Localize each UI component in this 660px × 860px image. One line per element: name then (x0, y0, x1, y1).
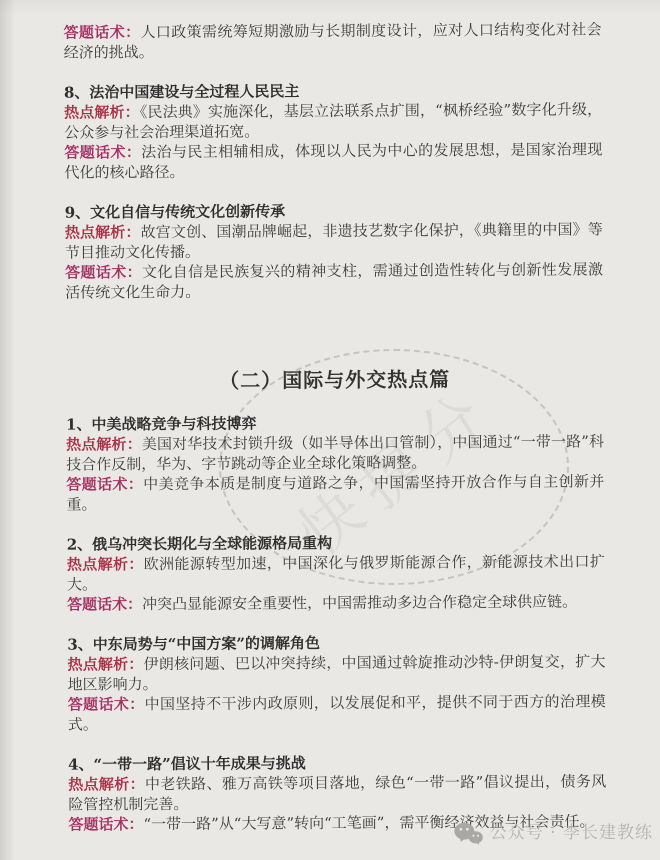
hot-label: 热点解析： (64, 103, 140, 121)
hot-label: 热点解析： (67, 555, 144, 573)
hot-text: 美国对华技术封锁升级（如半导体出口管制），中国通过“一带一路”科技合作反制，华为… (66, 432, 604, 473)
answer-script-line: 答题话术：中国坚持不干涉内政原则，以发展促和平，提供不同于西方的治理模式。 (68, 691, 606, 734)
wechat-watermark: 公众号 · 李长建教练 (454, 821, 653, 845)
answer-text: 文化自信是民族复兴的精神支柱，需通过创造性转化与创新性发展激活传统文化生命力。 (65, 260, 603, 301)
topic-section-9: 9、文化自信与传统文化创新传承 热点解析：故宫文创、国潮品牌崛起，非遗技艺数字化… (65, 199, 604, 302)
answer-text: 中美竞争本质是制度与道路之争，中国需坚持开放合作与自主创新并重。 (66, 472, 604, 513)
hot-analysis-line: 热点解析：伊朗核问题、巴以冲突持续，中国通过斡旋推动沙特-伊朗复交，扩大地区影响… (67, 651, 605, 694)
topic-section-intl-3: 3、中东局势与“中国方案”的调解角色 热点解析：伊朗核问题、巴以冲突持续，中国通… (67, 631, 606, 734)
answer-text: 人口政策需统筹短期激励与长期制度设计，应对人口结构变化对社会经济的挑战。 (64, 20, 602, 61)
hot-analysis-line: 热点解析：《民法典》实施深化，基层立法联系点扩围，“枫桥经验”数字化升级，公众参… (64, 99, 602, 142)
wechat-icon (454, 822, 483, 845)
answer-label: 答题话术： (68, 815, 143, 833)
topic-section-intl-1: 1、中美战略竞争与科技博弈 热点解析：美国对华技术封锁升级（如半导体出口管制），… (66, 411, 605, 514)
answer-text: 冲突凸显能源安全重要性，中国需推动多边合作稳定全球供应链。 (142, 593, 577, 614)
hot-text: 欧洲能源转型加速，中国深化与俄罗斯能源合作，新能源技术出口扩大。 (67, 552, 605, 593)
answer-script-line: 答题话术：中美竞争本质是制度与道路之争，中国需坚持开放合作与自主创新并重。 (66, 471, 604, 514)
answer-label: 答题话术： (64, 143, 141, 161)
intro-answer-line: 答题话术：人口政策需统筹短期激励与长期制度设计，应对人口结构变化对社会经济的挑战… (64, 19, 602, 62)
hot-text: 中老铁路、雅万高铁等项目落地，绿色“一带一路”倡议提出，债务风险管控机制完善。 (68, 772, 606, 813)
hot-text: 伊朗核问题、巴以冲突持续，中国通过斡旋推动沙特-伊朗复交，扩大地区影响力。 (68, 652, 606, 693)
hot-analysis-line: 热点解析：美国对华技术封锁升级（如半导体出口管制），中国通过“一带一路”科技合作… (66, 431, 604, 474)
hot-label: 热点解析： (68, 775, 145, 793)
answer-script-line: 答题话术：文化自信是民族复兴的精神支柱，需通过创造性转化与创新性发展激活传统文化… (65, 259, 603, 302)
topic-section-intl-2: 2、俄乌冲突长期化与全球能源格局重构 热点解析：欧洲能源转型加速，中国深化与俄罗… (67, 531, 605, 614)
answer-label: 答题话术： (65, 263, 142, 281)
hot-label: 热点解析： (65, 223, 141, 241)
answer-script-line: 答题话术：法治与民主相辅相成，体现以人民为中心的发展思想，是国家治理现代化的核心… (64, 139, 602, 182)
hot-label: 热点解析： (66, 435, 142, 453)
hot-text: 故宫文创、国潮品牌崛起，非遗技艺数字化保护，《典籍里的中国》等节目推动文化传播。 (65, 220, 603, 261)
answer-label: 答题话术： (64, 23, 141, 41)
answer-text: 法治与民主相辅相成，体现以人民为中心的发展思想，是国家治理现代化的核心路径。 (64, 140, 602, 181)
hot-analysis-line: 热点解析：故宫文创、国潮品牌崛起，非遗技艺数字化保护，《典籍里的中国》等节目推动… (65, 219, 603, 262)
hot-label: 热点解析： (67, 655, 143, 673)
answer-label: 答题话术： (68, 695, 145, 713)
answer-label: 答题话术： (66, 475, 143, 493)
topic-section-8: 8、法治中国建设与全过程人民民主 热点解析：《民法典》实施深化，基层立法联系点扩… (64, 79, 603, 182)
hot-analysis-line: 热点解析：欧洲能源转型加速，中国深化与俄罗斯能源合作，新能源技术出口扩大。 (67, 551, 605, 594)
section-heading: （二）国际与外交热点篇 (66, 365, 604, 394)
article-content: 答题话术：人口政策需统筹短期激励与长期制度设计，应对人口结构变化对社会经济的挑战… (64, 19, 607, 834)
wechat-account-text: 公众号 · 李长建教练 (490, 821, 653, 845)
hot-text: 《民法典》实施深化，基层立法联系点扩围，“枫桥经验”数字化升级，公众参与社会治理… (64, 100, 602, 141)
hot-analysis-line: 热点解析：中老铁路、雅万高铁等项目落地，绿色“一带一路”倡议提出，债务风险管控机… (68, 771, 606, 814)
answer-label: 答题话术： (67, 595, 142, 613)
answer-script-line: 答题话术：冲突凸显能源安全重要性，中国需推动多边合作稳定全球供应链。 (67, 591, 605, 614)
answer-text: 中国坚持不干涉内政原则，以发展促和平，提供不同于西方的治理模式。 (68, 692, 606, 733)
